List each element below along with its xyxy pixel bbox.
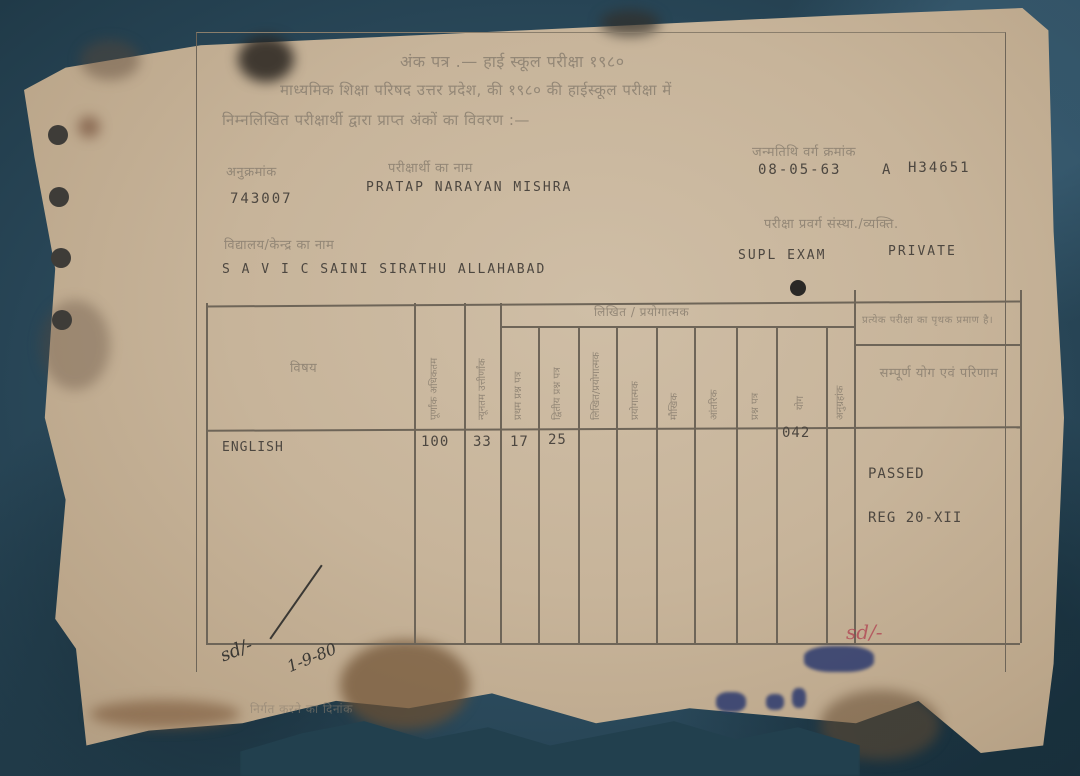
grace-marks-header: अनुग्रहांक xyxy=(834,334,848,420)
dob-class-serial-label: जन्मतिथि वर्ग क्रमांक xyxy=(752,142,856,160)
col-divider-4 xyxy=(500,303,502,643)
roll-number-label: अनुक्रमांक xyxy=(226,162,277,180)
total-result-header: सम्पूर्ण योग एवं परिणाम xyxy=(864,362,1014,386)
blue-stamp-ink-3 xyxy=(766,694,784,710)
sub-header-total: योग xyxy=(794,350,808,410)
col-divider-3 xyxy=(464,303,466,643)
sub-header-7: प्रश्न पत्र xyxy=(749,334,763,420)
col-divider-12 xyxy=(826,326,828,643)
result-status: PASSED xyxy=(868,466,925,482)
row-subject: ENGLISH xyxy=(222,440,284,455)
sub-header-1: प्रथम प्रश्न पत्र xyxy=(512,334,526,420)
blue-stamp-ink-4 xyxy=(792,688,806,708)
document-title: अंक पत्र .— हाई स्कूल परीक्षा १९८० xyxy=(400,50,625,72)
serial-number: H34651 xyxy=(908,160,971,176)
red-signature: sd/- xyxy=(846,620,883,644)
candidate-name: PRATAP NARAYAN MISHRA xyxy=(366,180,572,195)
punch-hole-4 xyxy=(52,310,72,330)
obtained-group-header: लिखित / प्रयोगात्मक xyxy=(594,303,689,320)
col-divider-1 xyxy=(206,303,208,643)
col-divider-11 xyxy=(776,326,778,643)
row-paper1: 17 xyxy=(510,434,529,450)
col-divider-14 xyxy=(1020,290,1022,643)
sub-header-4: प्रयोगात्मक xyxy=(629,334,643,420)
result-note-header: प्रत्येक परीक्षा का पृथक प्रमाण है। xyxy=(862,312,993,326)
blue-stamp-ink-2 xyxy=(716,692,746,712)
description-line-2: निम्नलिखित परीक्षार्थी द्वारा प्राप्त अं… xyxy=(222,110,530,130)
col-divider-5 xyxy=(538,326,540,643)
category: A xyxy=(882,162,892,178)
date-of-birth: 08-05-63 xyxy=(758,162,841,178)
col-divider-6 xyxy=(578,326,580,643)
sub-header-6: आंतरिक xyxy=(708,334,722,420)
min-marks-header: न्यूनतम उत्तीर्णांक xyxy=(476,312,490,420)
obtained-subheader-line xyxy=(500,326,854,328)
col-divider-9 xyxy=(694,326,696,643)
roll-number: 743007 xyxy=(230,191,293,207)
row-min-marks: 33 xyxy=(473,434,492,450)
candidate-name-label: परीक्षार्थी का नाम xyxy=(388,158,473,176)
blue-stamp-ink xyxy=(804,646,874,672)
result-header-divider xyxy=(854,344,1020,346)
result-remark: REG 20-XII xyxy=(868,510,962,526)
punch-hole-1 xyxy=(48,125,68,145)
sub-header-5: मौखिक xyxy=(668,334,682,420)
exam-category: SUPL EXAM xyxy=(738,248,826,263)
description-line-1: माध्यमिक शिक्षा परिषद उत्तर प्रदेश, की १… xyxy=(280,80,672,100)
max-marks-header: पूर्णांक अधिकतम xyxy=(428,312,442,420)
exam-category-label: परीक्षा प्रवर्ग संस्था./व्यक्ति. xyxy=(764,214,899,232)
row-max-marks: 100 xyxy=(421,434,449,450)
exam-type: PRIVATE xyxy=(888,244,957,259)
col-divider-13 xyxy=(854,290,856,643)
subject-header: विषय xyxy=(290,358,317,376)
col-divider-10 xyxy=(736,326,738,643)
sub-header-2: द्वितीय प्रश्न पत्र xyxy=(551,334,565,420)
col-divider-2 xyxy=(414,303,416,643)
school-name: S A V I C SAINI SIRATHU ALLAHABAD xyxy=(222,262,546,277)
row-total: 042 xyxy=(782,425,810,441)
footer-label: निर्गत करने का दिनांक xyxy=(250,700,353,717)
row-paper2: 25 xyxy=(548,432,567,448)
school-label: विद्यालय/केन्द्र का नाम xyxy=(224,235,334,253)
sub-header-3: लिखित/प्रयोगात्मक xyxy=(590,334,604,420)
staple-mark xyxy=(790,280,806,296)
punch-hole-3 xyxy=(51,248,71,268)
punch-hole-2 xyxy=(49,187,69,207)
col-divider-8 xyxy=(656,326,658,643)
col-divider-7 xyxy=(616,326,618,643)
